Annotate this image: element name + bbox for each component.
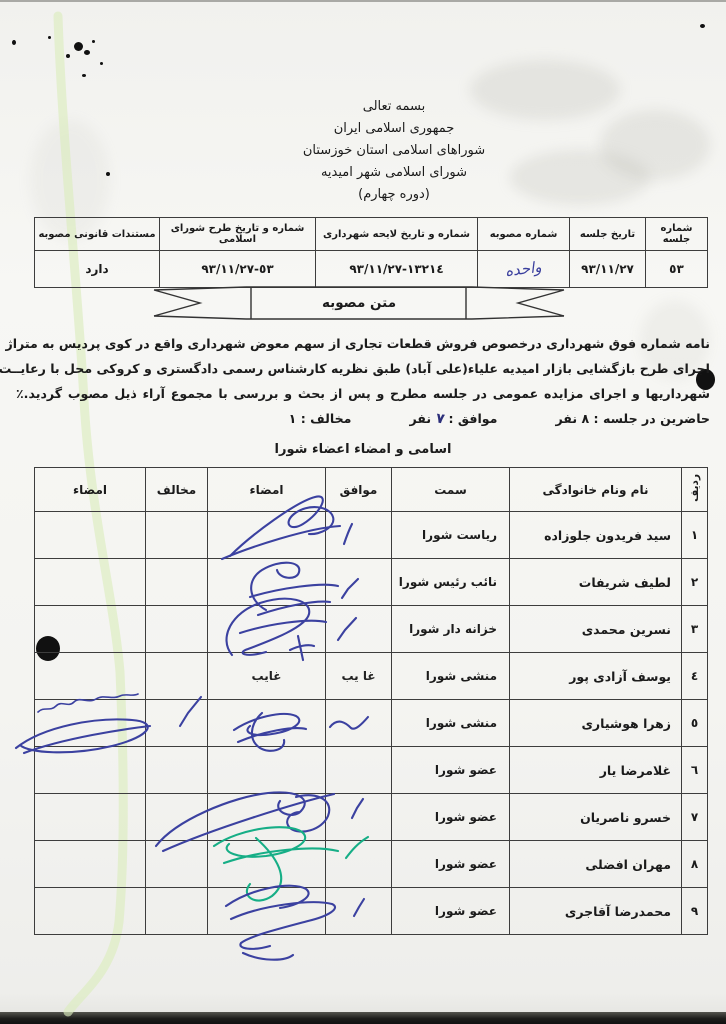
session-date-value: ٩٣/١١/٢٧ — [570, 251, 646, 288]
scanned-document-page: بسمه تعالی جمهوری اسلامی ایران شوراهای ا… — [0, 0, 726, 1024]
col-legal-docs-label: مستندات قانونی مصوبه — [35, 218, 160, 251]
header-role: سمت — [392, 468, 510, 512]
member-name: سید فریدون جلوزاده — [510, 512, 682, 559]
member-name: نسرین محمدی — [510, 606, 682, 653]
row-number: ٣ — [682, 606, 708, 653]
header-line-city-council: شورای اسلامی شهر امیدیه — [64, 162, 724, 184]
signature-cell — [208, 794, 326, 841]
member-role: عضو شورا — [392, 794, 510, 841]
members-signature-table: ردیف نام ونام خانوادگی سمت موافق امضاء م… — [34, 467, 708, 935]
row-number: ٩ — [682, 888, 708, 935]
signature-cell-2 — [35, 700, 146, 747]
resolution-line-2: اجرای طرح بازگشایی بازار امیدیه علیاء(عل… — [16, 356, 710, 381]
table-row: ٩ محمدرضا آقاجری عضو شورا — [35, 888, 708, 935]
resolution-text: نامه شماره فوق شهرداری درخصوص فروش قطعات… — [16, 331, 710, 432]
col-session-date-label: تاریخ جلسه — [570, 218, 646, 251]
signature-cell — [208, 559, 326, 606]
resolution-number-value: واحده — [478, 251, 570, 288]
ink-spot — [12, 40, 16, 45]
resolution-line-1: نامه شماره فوق شهرداری درخصوص فروش قطعات… — [16, 331, 710, 356]
member-name: لطیف شریفات — [510, 559, 682, 606]
header-line-term: (دوره چهارم) — [64, 184, 724, 206]
disagree-cell — [146, 841, 208, 888]
attendance-line: حاضرین در جلسه : ٨ نفر موافق : ٧ نفر مخا… — [16, 406, 710, 432]
agree-cell — [326, 794, 392, 841]
row-number: ٢ — [682, 559, 708, 606]
agree-count-group: موافق : ٧ نفر — [409, 406, 497, 432]
signature-cell-2 — [35, 606, 146, 653]
table-row: ٥ زهرا هوشیاری منشی شورا — [35, 700, 708, 747]
member-role: عضو شورا — [392, 841, 510, 888]
disagree-cell — [146, 653, 208, 700]
table-row: ١ سید فریدون جلوزاده ریاست شورا — [35, 512, 708, 559]
agree-cell — [326, 747, 392, 794]
header-agree: موافق — [326, 468, 392, 512]
col-municipality-bill-label: شماره و تاریخ لایحه شهرداری — [316, 218, 478, 251]
ink-spot — [74, 42, 83, 51]
disagree-cell — [146, 606, 208, 653]
header-line-province-councils: شوراهای اسلامی استان خوزستان — [64, 140, 724, 162]
member-name: غلامرضا یار — [510, 747, 682, 794]
agree-cell — [326, 841, 392, 888]
ink-spot — [82, 74, 86, 77]
row-number: ٥ — [682, 700, 708, 747]
signature-cell — [208, 888, 326, 935]
ink-spot — [700, 24, 705, 28]
member-role: منشی شورا — [392, 700, 510, 747]
resolution-line-3: شهرداریها و اجرای مزایده عمومی در جلسه م… — [16, 381, 710, 406]
header-signature: امضاء — [208, 468, 326, 512]
disagree-label: مخالف : — [301, 411, 352, 426]
present-count: حاضرین در جلسه : ٨ نفر — [555, 406, 710, 432]
disagree-cell — [146, 747, 208, 794]
member-role: خزانه دار شورا — [392, 606, 510, 653]
header-line-republic: جمهوری اسلامی ایران — [64, 118, 724, 140]
agree-label: موافق : — [448, 411, 497, 426]
member-role: عضو شورا — [392, 888, 510, 935]
signature-cell-absent: غایب — [208, 653, 326, 700]
table-row: ٣ نسرین محمدی خزانه دار شورا — [35, 606, 708, 653]
disagree-cell — [146, 512, 208, 559]
member-name: یوسف آزادی پور — [510, 653, 682, 700]
members-list-title: اسامی و امضاء اعضاء شورا — [0, 442, 726, 457]
col-council-plan-label: شماره و تاریخ طرح شورای اسلامی — [160, 218, 316, 251]
member-name: زهرا هوشیاری — [510, 700, 682, 747]
row-number: ١ — [682, 512, 708, 559]
ink-spot — [48, 36, 51, 39]
table-row: ٧ خسرو ناصریان عضو شورا — [35, 794, 708, 841]
signature-cell — [208, 512, 326, 559]
table-row: ٢ لطیف شریفات نائب رئیس شورا — [35, 559, 708, 606]
header-name: نام ونام خانوادگی — [510, 468, 682, 512]
signature-cell — [208, 700, 326, 747]
table-row: ٨ مهران افضلی عضو شورا — [35, 841, 708, 888]
row-number: ٧ — [682, 794, 708, 841]
signature-cell-2 — [35, 794, 146, 841]
scan-edge-bottom — [0, 1012, 726, 1024]
agree-cell — [326, 559, 392, 606]
member-role: منشی شورا — [392, 653, 510, 700]
disagree-cell — [146, 888, 208, 935]
legal-docs-value: دارد — [35, 251, 160, 288]
council-plan-value: ٩٣/١١/٢٧-٥٣ — [160, 251, 316, 288]
agree-cell-absent: غا یب — [326, 653, 392, 700]
scan-edge-top — [0, 0, 726, 2]
ink-spot — [92, 40, 95, 43]
signature-cell-2 — [35, 747, 146, 794]
col-session-number-label: شماره جلسه — [646, 218, 708, 251]
header-row-number: ردیف — [682, 468, 708, 512]
ink-spot — [66, 54, 70, 58]
col-resolution-number-label: شماره مصوبه — [478, 218, 570, 251]
ink-spot — [84, 50, 90, 55]
row-number: ٦ — [682, 747, 708, 794]
member-name: خسرو ناصریان — [510, 794, 682, 841]
row-number: ٤ — [682, 653, 708, 700]
signature-cell-2 — [35, 888, 146, 935]
signature-cell — [208, 841, 326, 888]
member-name: محمدرضا آقاجری — [510, 888, 682, 935]
agree-suffix: نفر — [409, 411, 431, 426]
session-info-table: شماره جلسه تاریخ جلسه شماره مصوبه شماره … — [34, 217, 708, 288]
disagree-cell — [146, 700, 208, 747]
signature-cell-2 — [35, 653, 146, 700]
banner-title: متن مصوبه — [148, 284, 570, 322]
agree-cell — [326, 700, 392, 747]
signature-cell — [208, 606, 326, 653]
ink-spot — [100, 62, 103, 65]
header-disagree: مخالف — [146, 468, 208, 512]
member-role: ریاست شورا — [392, 512, 510, 559]
signature-cell — [208, 747, 326, 794]
disagree-count: ١ — [289, 411, 297, 426]
member-name: مهران افضلی — [510, 841, 682, 888]
member-role: نائب رئیس شورا — [392, 559, 510, 606]
signature-cell-2 — [35, 559, 146, 606]
header-signature-2: امضاء — [35, 468, 146, 512]
agree-cell — [326, 512, 392, 559]
table-row: ٦ غلامرضا یار عضو شورا — [35, 747, 708, 794]
document-header: بسمه تعالی جمهوری اسلامی ایران شوراهای ا… — [64, 96, 724, 206]
row-number: ٨ — [682, 841, 708, 888]
disagree-cell — [146, 559, 208, 606]
agree-cell — [326, 888, 392, 935]
table-row: ٤ یوسف آزادی پور منشی شورا غا یب غایب — [35, 653, 708, 700]
header-line-basmala: بسمه تعالی — [64, 96, 724, 118]
agree-cell — [326, 606, 392, 653]
municipality-bill-value: ٩٣/١١/٢٧-١٣٢١٤ — [316, 251, 478, 288]
signature-cell-2 — [35, 512, 146, 559]
signature-cell-2 — [35, 841, 146, 888]
session-number-value: ٥٣ — [646, 251, 708, 288]
disagree-count-group: مخالف : ١ — [289, 406, 352, 432]
member-role: عضو شورا — [392, 747, 510, 794]
table-header-row: ردیف نام ونام خانوادگی سمت موافق امضاء م… — [35, 468, 708, 512]
handwritten-agree-count: ٧ — [434, 407, 446, 433]
handwritten-resolution-number: واحده — [504, 258, 542, 280]
disagree-cell — [146, 794, 208, 841]
